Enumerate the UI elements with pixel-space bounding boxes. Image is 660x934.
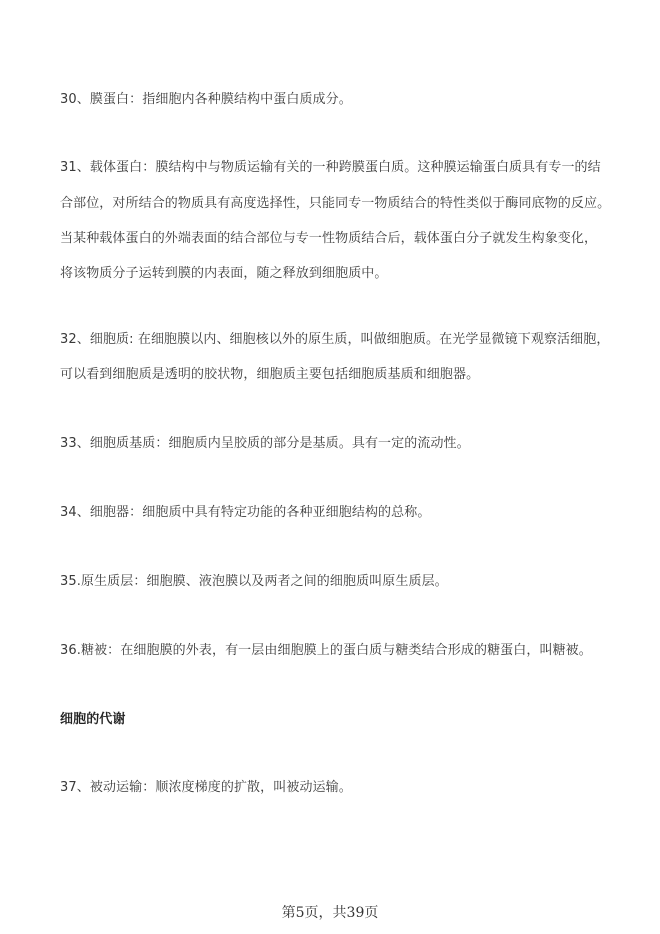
paragraph-36: 36.糖被：在细胞膜的外表，有一层由细胞膜上的蛋白质与糖类结合形成的糖蛋白，叫糖… (60, 643, 592, 659)
document-page: 30、膜蛋白：指细胞内各种膜结构中蛋白质成分。 31、载体蛋白：膜结构中与物质运… (0, 0, 660, 934)
paragraph-33: 33、细胞质基质：细胞质内呈胶质的部分是基质。具有一定的流动性。 (60, 436, 470, 452)
paragraph-31-line-2: 合部位，对所结合的物质具有高度选择性，只能同专一物质结合的特性类似于酶同底物的反… (60, 196, 610, 212)
paragraph-37: 37、被动运输：顺浓度梯度的扩散，叫被动运输。 (60, 780, 352, 796)
page-indicator: 第5页，共39页 (0, 902, 660, 922)
paragraph-30: 30、膜蛋白：指细胞内各种膜结构中蛋白质成分。 (60, 92, 352, 108)
paragraph-31-line-4: 将该物质分子运转到膜的内表面，随之释放到细胞质中。 (60, 266, 388, 282)
section-heading: 细胞的代谢 (60, 712, 126, 728)
paragraph-32-line-2: 可以看到细胞质是透明的胶状物，细胞质主要包括细胞质基质和细胞器。 (60, 367, 479, 383)
paragraph-31-line-3: 当某种载体蛋白的外端表面的结合部位与专一性物质结合后，载体蛋白分子就发生构象变化… (60, 231, 597, 247)
paragraph-32-line-1: 32、细胞质: 在细胞膜以内、细胞核以外的原生质，叫做细胞质。在光学显微镜下观察… (60, 332, 609, 348)
paragraph-35: 35.原生质层：细胞膜、液泡膜以及两者之间的细胞质叫原生质层。 (60, 574, 448, 590)
paragraph-31-line-1: 31、载体蛋白：膜结构中与物质运输有关的一种跨膜蛋白质。这种膜运输蛋白质具有专一… (60, 160, 601, 176)
paragraph-34: 34、细胞器：细胞质中具有特定功能的各种亚细胞结构的总称。 (60, 505, 430, 521)
